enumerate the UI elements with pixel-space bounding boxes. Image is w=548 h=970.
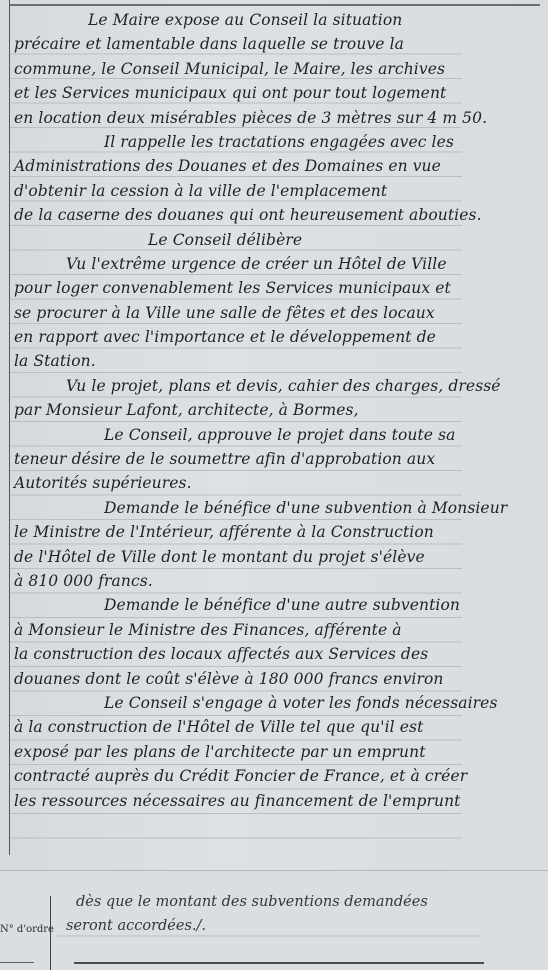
text-line: Demande le bénéfice d'une subvention à M…	[14, 496, 484, 520]
deliberation-text: Le Maire expose au Conseil la situation …	[14, 8, 484, 813]
text-line: Administrations des Douanes et des Domai…	[14, 154, 484, 178]
closing-rule	[74, 962, 484, 964]
text-line: douanes dont le coût s'élève à 180 000 f…	[14, 667, 484, 691]
text-line: Le Conseil, approuve le projet dans tout…	[14, 423, 484, 447]
text-line: précaire et lamentable dans laquelle se …	[14, 32, 484, 56]
text-line: pour loger convenablement les Services m…	[14, 276, 484, 300]
sheet-divider	[0, 870, 548, 871]
text-line: commune, le Conseil Municipal, le Maire,…	[14, 57, 484, 81]
section-heading: Le Conseil délibère	[14, 228, 484, 252]
text-line: en location deux misérables pièces de 3 …	[14, 106, 484, 130]
text-line: la Station.	[14, 349, 484, 373]
text-line: les ressources nécessaires au financemen…	[14, 789, 484, 813]
text-line: à la construction de l'Hôtel de Ville te…	[14, 715, 484, 739]
text-line: teneur désire de le soumettre afin d'app…	[14, 447, 484, 471]
text-line: se procurer à la Ville une salle de fête…	[14, 301, 484, 325]
text-line: de l'Hôtel de Ville dont le montant du p…	[14, 545, 484, 569]
text-line: et les Services municipaux qui ont pour …	[14, 81, 484, 105]
continuation-text: dès que le montant des subventions deman…	[66, 890, 496, 939]
text-line: à 810 000 francs.	[14, 569, 484, 593]
text-line: de la caserne des douanes qui ont heureu…	[14, 203, 484, 227]
text-line: d'obtenir la cession à la ville de l'emp…	[14, 179, 484, 203]
text-line: le Ministre de l'Intérieur, afférente à …	[14, 520, 484, 544]
top-rule	[10, 4, 540, 6]
text-line: dès que le montant des subventions deman…	[66, 890, 496, 914]
ordre-margin-label: N° d'ordre	[0, 924, 54, 935]
text-line: Il rappelle les tractations engagées ave…	[14, 130, 484, 154]
text-line: exposé par les plans de l'architecte par…	[14, 740, 484, 764]
text-line: Autorités supérieures.	[14, 471, 484, 495]
text-line: par Monsieur Lafont, architecte, à Borme…	[14, 398, 484, 422]
text-line: la construction des locaux affectés aux …	[14, 642, 484, 666]
text-line: contracté auprès du Crédit Foncier de Fr…	[14, 764, 484, 788]
text-line: Le Conseil s'engage à voter les fonds né…	[14, 691, 484, 715]
margin-vertical-line	[50, 896, 51, 970]
text-line: en rapport avec l'importance et le dével…	[14, 325, 484, 349]
text-line: seront accordées./.	[66, 914, 496, 938]
text-line: Vu l'extrême urgence de créer un Hôtel d…	[14, 252, 484, 276]
text-line: Le Maire expose au Conseil la situation	[14, 8, 484, 32]
text-line: Demande le bénéfice d'une autre subventi…	[14, 593, 484, 617]
margin-horizontal-line	[0, 962, 34, 963]
text-line: Vu le projet, plans et devis, cahier des…	[14, 374, 484, 398]
text-line: à Monsieur le Ministre des Finances, aff…	[14, 618, 484, 642]
register-page-top: Le Maire expose au Conseil la situation …	[0, 0, 548, 870]
